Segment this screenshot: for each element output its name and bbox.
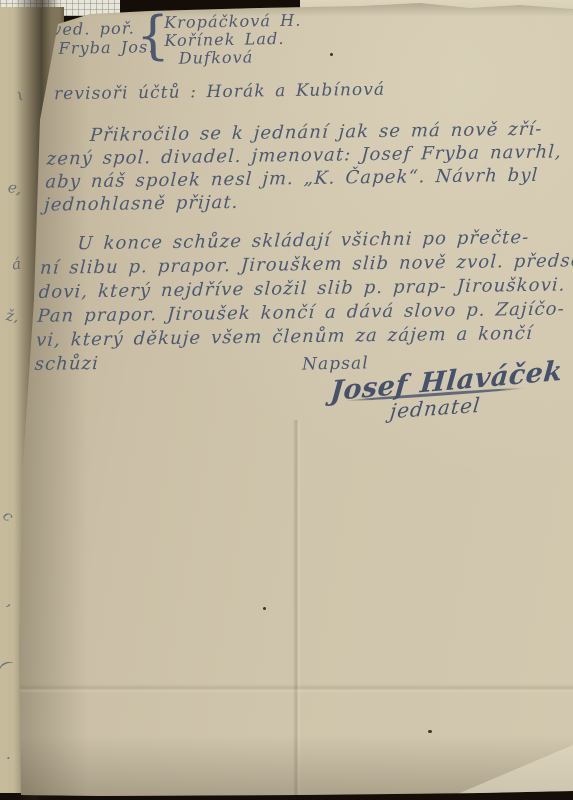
bottom-right-corner-sheet [455,745,573,795]
paragraph-naming-of-club: Přikročilo se k jednání jak se má nově z… [43,117,563,216]
ink-fragment: c [0,506,17,525]
paper-speck [330,53,333,56]
ink-fragment: · [6,749,11,767]
ink-fragment: , [5,592,16,611]
ink-fragment: ( [0,656,15,671]
auditors-line: revisoři účtů : Horák a Kubínová [54,80,385,105]
paper-speck [263,607,266,610]
letter-page: ved. poř. Fryba Jos. { Kropáčková H. Koř… [0,0,573,800]
horizontal-fold-crease [20,684,573,693]
officials-names-list: Kropáčková H. Kořínek Lad. Dufková [164,12,302,68]
signer-role: jednatel [389,393,482,424]
paper-speck [428,730,432,733]
bottom-edge-shading [0,735,573,797]
ink-fragment: á [11,254,22,273]
written-by-label: Napsal [302,353,369,374]
official-name: Dufková [179,48,303,68]
ink-fragment: ~ [10,87,31,105]
scanned-document: ~ e, á ž, c , ( · ved. poř. Fryba Jos. {… [0,0,573,800]
vertical-fold-crease [293,420,301,798]
ink-fragment: ž, [5,306,19,325]
ink-fragment: e, [7,178,24,198]
